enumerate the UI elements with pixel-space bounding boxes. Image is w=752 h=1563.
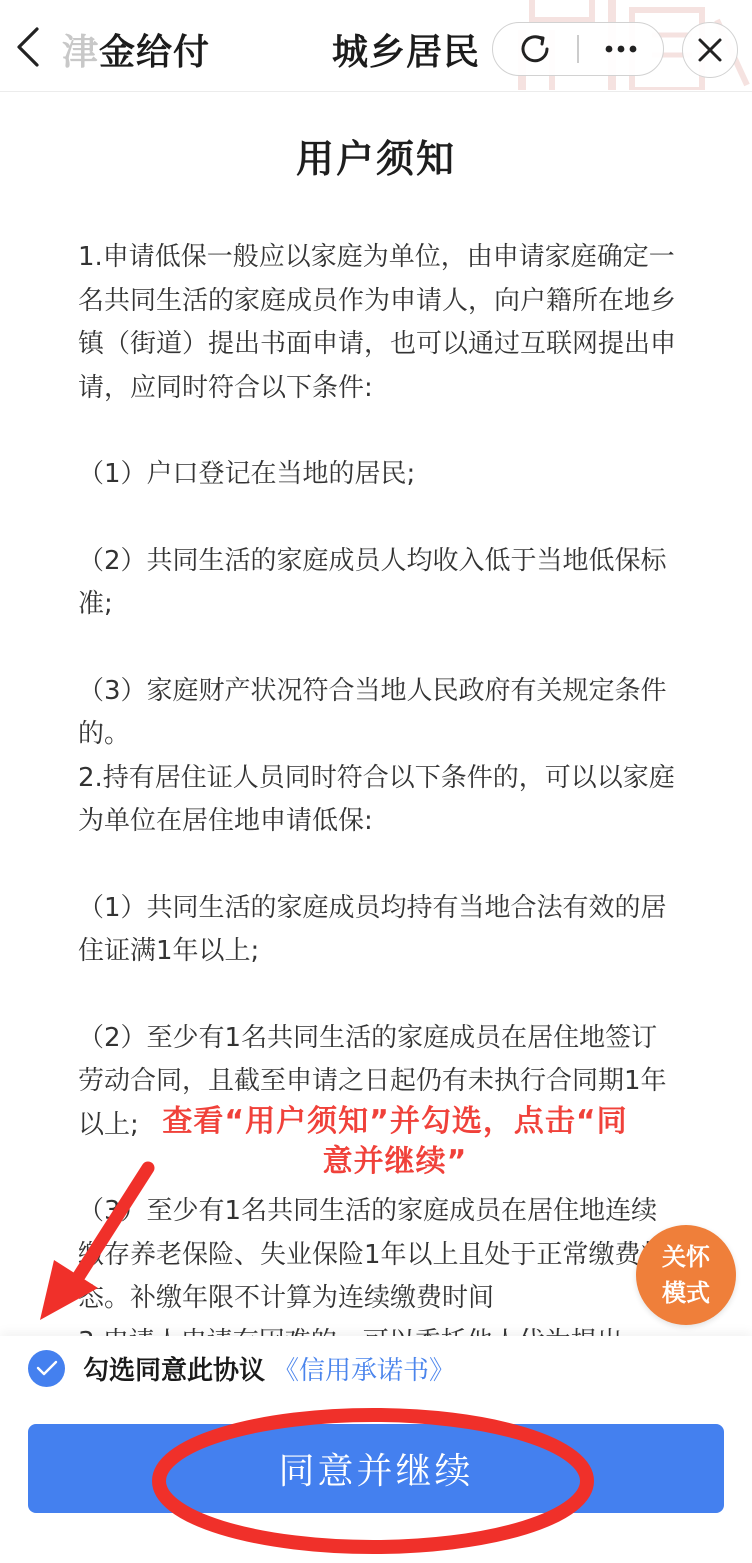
notice-paragraph: 1.申请低保一般应以家庭为单位，由申请家庭确定一名共同生活的家庭成员作为申请人，… — [78, 236, 678, 410]
more-dots-icon — [604, 44, 638, 54]
nav-title-fade-char: 津 — [62, 32, 99, 73]
credit-commitment-link[interactable]: 《信用承诺书》 — [273, 1350, 455, 1387]
care-mode-button[interactable]: 关怀 模式 — [636, 1225, 736, 1325]
red-arrow-icon — [40, 1160, 170, 1325]
care-mode-label-1: 关怀 — [662, 1239, 710, 1275]
page-title: 用户须知 — [0, 128, 752, 183]
spacer — [78, 410, 678, 453]
notice-paragraph: （1）户口登记在当地的居民; — [78, 453, 678, 497]
nav-title: 城乡居民 — [332, 24, 492, 75]
refresh-button[interactable] — [493, 23, 577, 75]
refresh-icon — [518, 32, 552, 66]
notice-paragraph: 2.持有居住证人员同时符合以下条件的，可以以家庭为单位在居住地申请低保: — [78, 757, 678, 844]
top-nav-bar: 津金给付 城乡居民 — [0, 0, 752, 92]
bottom-action-bar: 勾选同意此协议 《信用承诺书》 同意并继续 — [0, 1336, 752, 1563]
close-icon — [697, 37, 723, 63]
more-button[interactable] — [579, 23, 663, 75]
spacer — [78, 627, 678, 670]
spacer — [78, 497, 678, 540]
close-button[interactable] — [682, 22, 738, 78]
notice-paragraph: （2）共同生活的家庭成员人均收入低于当地低保标准; — [78, 540, 678, 627]
agree-checkbox[interactable] — [28, 1350, 65, 1387]
agreement-row: 勾选同意此协议 《信用承诺书》 — [28, 1348, 455, 1388]
care-mode-label-2: 模式 — [662, 1275, 710, 1311]
nav-title-scrolling-left: 津金给付 — [62, 24, 210, 75]
instruction-annotation: 查看“用户须知”并勾选，点击“同意并继续” — [155, 1102, 635, 1182]
chevron-left-icon — [15, 26, 41, 68]
agree-and-continue-button[interactable]: 同意并继续 — [28, 1424, 724, 1513]
spacer — [78, 974, 678, 1017]
mini-program-capsule — [492, 22, 664, 76]
notice-paragraph: （1）共同生活的家庭成员均持有当地合法有效的居住证满1年以上; — [78, 887, 678, 974]
notice-paragraph: （3）家庭财产状况符合当地人民政府有关规定条件的。 — [78, 670, 678, 757]
spacer — [78, 844, 678, 887]
back-button[interactable] — [10, 22, 46, 72]
checkmark-icon — [36, 1359, 58, 1377]
nav-title-left-text: 金给付 — [99, 32, 210, 73]
agree-label: 勾选同意此协议 — [83, 1350, 265, 1387]
